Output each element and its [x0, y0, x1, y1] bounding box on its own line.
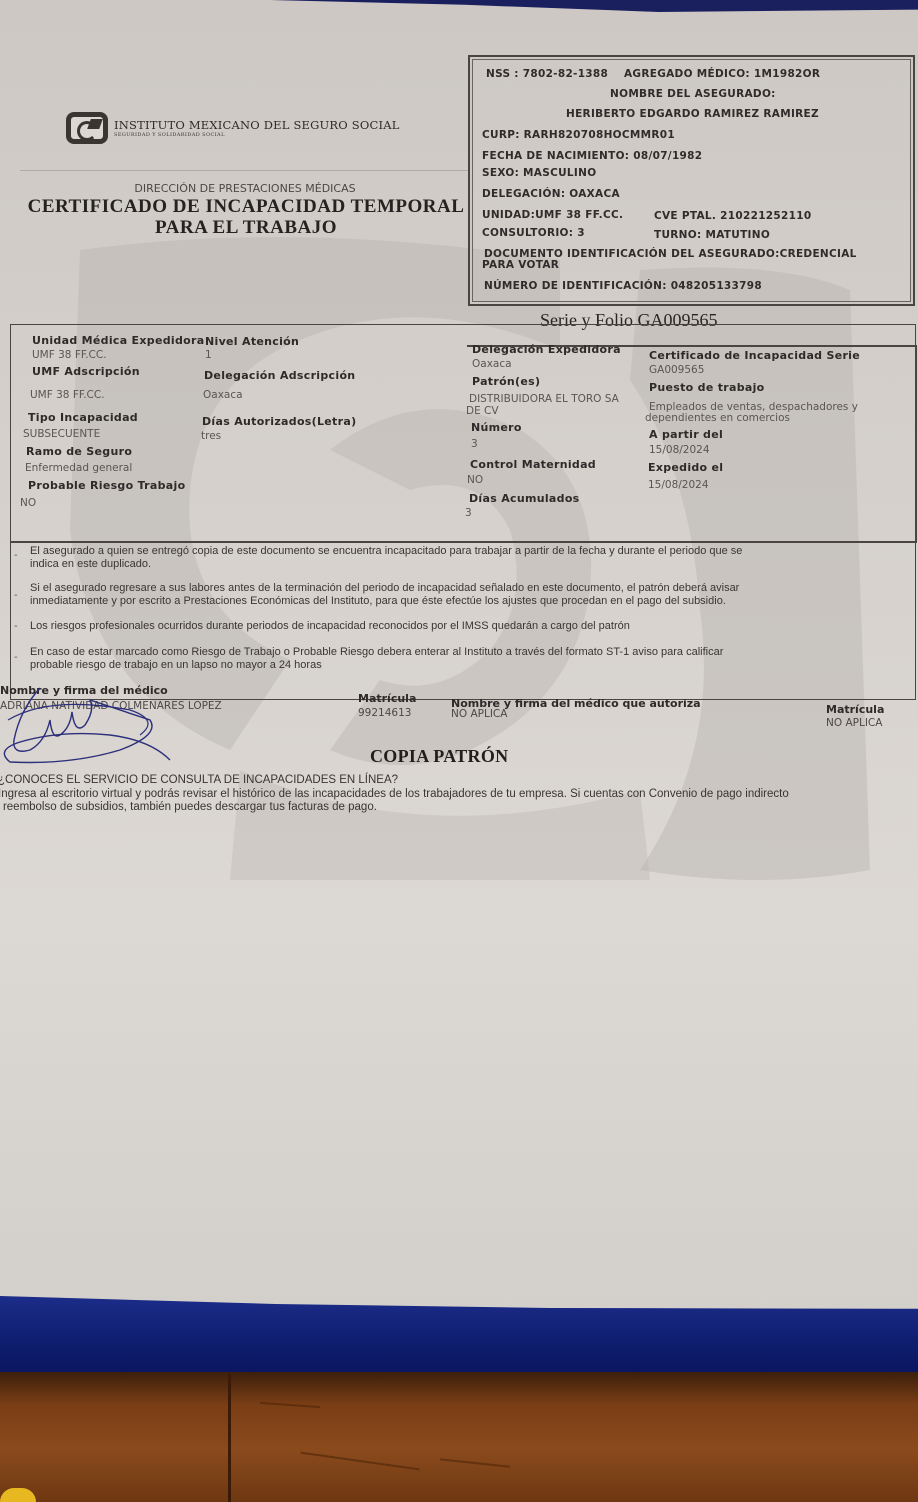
- fecha-nacimiento: FECHA DE NACIMIENTO: 08/07/1982: [482, 150, 702, 162]
- value-delegacion-adscripcion: Oaxaca: [203, 389, 243, 401]
- bullet-3: -: [14, 621, 18, 632]
- notice-3-line-1: Los riesgos profesionales ocurridos dura…: [30, 620, 890, 633]
- label-delegacion-adscripcion: Delegación Adscripción: [204, 369, 355, 382]
- label-umf-adscripcion: UMF Adscripción: [32, 365, 140, 378]
- value-patron-line-2: DE CV: [466, 405, 499, 417]
- bullet-2: -: [14, 590, 18, 601]
- notice-4-line-2: probable riesgo de trabajo en un lapso n…: [30, 659, 890, 672]
- value-certificado-serie: GA009565: [649, 364, 704, 376]
- label-delegacion-expedidora: Delegación Expedidora: [472, 343, 621, 356]
- value-dias-acumulados: 3: [465, 507, 472, 519]
- value-a-partir-del: 15/08/2024: [649, 444, 710, 456]
- label-dias-acumulados: Días Acumulados: [469, 492, 580, 505]
- sexo: SEXO: MASCULINO: [482, 167, 596, 179]
- cve-ptal: CVE PTAL. 210221252110: [654, 210, 811, 222]
- promo-question: ¿CONOCES EL SERVICIO DE CONSULTA DE INCA…: [0, 774, 398, 786]
- label-puesto-trabajo: Puesto de trabajo: [649, 381, 765, 394]
- value-delegacion-expedidora: Oaxaca: [472, 358, 512, 370]
- wood-seam: [228, 1374, 231, 1502]
- promo-line-3: y reembolso de subsidios, también puedes…: [0, 801, 377, 813]
- copia-patron: COPIA PATRÓN: [370, 746, 508, 767]
- label-control-maternidad: Control Maternidad: [470, 458, 596, 471]
- matricula2-label: Matrícula: [826, 703, 884, 716]
- value-probable-riesgo: NO: [20, 497, 36, 509]
- value-control-maternidad: NO: [467, 474, 483, 486]
- notice-1-line-1: El asegurado a quien se entregó copia de…: [30, 545, 890, 558]
- value-umf-adscripcion: UMF 38 FF.CC.: [30, 389, 105, 401]
- label-patron: Patrón(es): [472, 375, 540, 388]
- nss: NSS : 7802-82-1388: [486, 68, 608, 80]
- direccion-label: DIRECCIÓN DE PRESTACIONES MÉDICAS: [0, 182, 490, 195]
- label-a-partir-del: A partir del: [649, 428, 723, 441]
- bullet-4: -: [14, 652, 18, 663]
- matricula-value: 99214613: [358, 707, 411, 719]
- imss-logo-icon: [66, 112, 108, 144]
- value-dias-autorizados: tres: [201, 430, 221, 442]
- value-tipo-incapacidad: SUBSECUENTE: [23, 428, 100, 440]
- turno: TURNO: MATUTINO: [654, 229, 770, 241]
- documento-identificacion-2: PARA VOTAR: [482, 259, 559, 271]
- label-numero: Número: [471, 421, 522, 434]
- value-patron-line-1: DISTRIBUIDORA EL TORO SA: [469, 393, 619, 405]
- notice-2-line-2: inmediatamente y por escrito a Prestacio…: [30, 595, 890, 608]
- value-ramo-seguro: Enfermedad general: [25, 462, 132, 474]
- consultorio: CONSULTORIO: 3: [482, 227, 585, 239]
- notice-4: En caso de estar marcado como Riesgo de …: [30, 646, 890, 672]
- label-certificado-serie: Certificado de Incapacidad Serie: [649, 349, 860, 362]
- yellow-object: [0, 1488, 36, 1502]
- label-unidad-medica: Unidad Médica Expedidora: [32, 334, 204, 347]
- promo-line-2: Ingresa al escritorio virtual y podrás r…: [0, 788, 789, 800]
- notice-2: Si el asegurado regresare a sus labores …: [30, 582, 890, 608]
- section-divider: [11, 541, 917, 543]
- title-line-1: CERTIFICADO DE INCAPACIDAD TEMPORAL: [0, 196, 492, 217]
- agregado-medico: AGREGADO MÉDICO: 1M1982OR: [624, 68, 820, 80]
- notice-2-line-1: Si el asegurado regresare a sus labores …: [30, 582, 890, 595]
- value-nivel-atencion: 1: [205, 349, 212, 361]
- notice-1-line-2: indica en este duplicado.: [30, 558, 890, 571]
- institution-tagline: SEGURIDAD Y SOLIDARIDAD SOCIAL: [114, 132, 400, 138]
- notice-3: Los riesgos profesionales ocurridos dura…: [30, 620, 890, 633]
- label-nivel-atencion: Nivel Atención: [205, 335, 299, 348]
- value-unidad-medica: UMF 38 FF.CC.: [32, 349, 107, 361]
- institution-header: INSTITUTO MEXICANO DEL SEGURO SOCIAL SEG…: [66, 112, 400, 144]
- curp: CURP: RARH820708HOCMMR01: [482, 129, 675, 141]
- label-probable-riesgo: Probable Riesgo Trabajo: [28, 479, 185, 492]
- header-divider: [20, 170, 470, 171]
- label-dias-autorizados: Días Autorizados(Letra): [202, 415, 356, 428]
- value-expedido-el: 15/08/2024: [648, 479, 709, 491]
- nombre-label: NOMBRE DEL ASEGURADO:: [610, 88, 776, 100]
- matricula2-value: NO APLICA: [826, 717, 882, 729]
- certificate-title: CERTIFICADO DE INCAPACIDAD TEMPORAL PARA…: [0, 196, 492, 238]
- bullet-1: -: [14, 550, 18, 561]
- insured-name: HERIBERTO EDGARDO RAMIREZ RAMIREZ: [566, 108, 819, 120]
- value-numero: 3: [471, 438, 478, 450]
- label-tipo-incapacidad: Tipo Incapacidad: [28, 411, 138, 424]
- unidad: UNIDAD:UMF 38 FF.CC.: [482, 209, 623, 221]
- numero-identificacion: NÚMERO DE IDENTIFICACIÓN: 048205133798: [484, 280, 762, 292]
- title-line-2: PARA EL TRABAJO: [0, 217, 492, 238]
- value-puesto-line-2: dependientes en comercios: [645, 412, 790, 424]
- label-expedido-el: Expedido el: [648, 461, 723, 474]
- label-ramo-seguro: Ramo de Seguro: [26, 445, 132, 458]
- certificate-data-box: Unidad Médica Expedidora UMF 38 FF.CC. N…: [10, 324, 916, 700]
- wooden-table: [0, 1372, 918, 1502]
- doctor-signature: [0, 680, 180, 770]
- notice-1: El asegurado a quien se entregó copia de…: [30, 545, 890, 571]
- insured-info-box: NSS : 7802-82-1388 AGREGADO MÉDICO: 1M19…: [468, 55, 915, 306]
- matricula-label: Matrícula: [358, 692, 416, 705]
- delegacion: DELEGACIÓN: OAXACA: [482, 188, 620, 200]
- institution-name: INSTITUTO MEXICANO DEL SEGURO SOCIAL: [114, 118, 400, 132]
- autoriza-name: NO APLICA: [451, 708, 507, 720]
- notice-4-line-1: En caso de estar marcado como Riesgo de …: [30, 646, 890, 659]
